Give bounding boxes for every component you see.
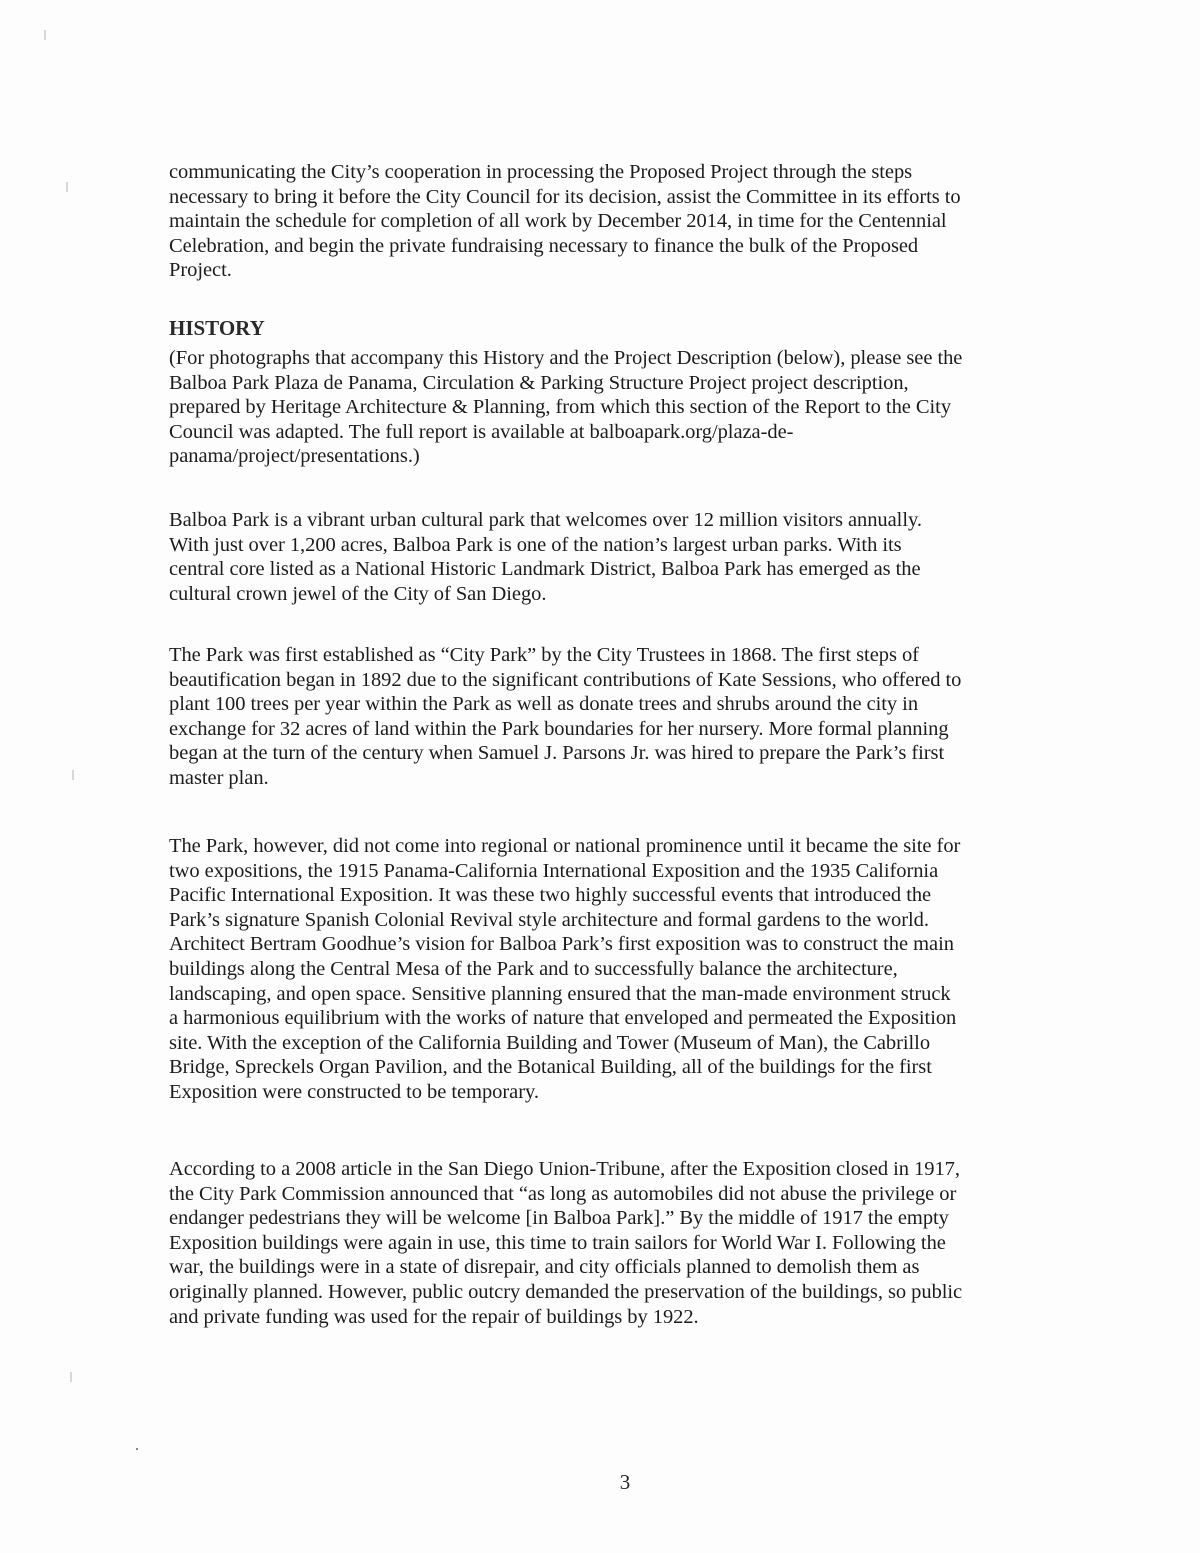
scan-artifact <box>136 1448 138 1450</box>
text-line: exchange for 32 acres of land within the… <box>169 717 1099 742</box>
text-line: two expositions, the 1915 Panama-Califor… <box>169 859 1099 884</box>
text-line: Balboa Park is a vibrant urban cultural … <box>169 508 1099 533</box>
text-line: With just over 1,200 acres, Balboa Park … <box>169 533 1099 558</box>
section-heading-history: HISTORY <box>169 316 265 340</box>
text-line: The Park, however, did not come into reg… <box>169 834 1099 859</box>
scan-artifact <box>66 182 68 192</box>
text-line: the City Park Commission announced that … <box>169 1182 1099 1207</box>
text-line: began at the turn of the century when Sa… <box>169 741 1099 766</box>
text-line: central core listed as a National Histor… <box>169 557 1099 582</box>
text-line: Project. <box>169 258 1099 283</box>
text-line: Council was adapted. The full report is … <box>169 420 1099 445</box>
scan-artifact <box>72 770 74 780</box>
text-line: Exposition were constructed to be tempor… <box>169 1080 1099 1105</box>
text-line: plant 100 trees per year within the Park… <box>169 692 1099 717</box>
text-line: cultural crown jewel of the City of San … <box>169 582 1099 607</box>
text-line: Exposition buildings were again in use, … <box>169 1231 1099 1256</box>
history-note-paragraph: (For photographs that accompany this His… <box>169 346 1099 469</box>
text-line: Pacific International Exposition. It was… <box>169 883 1099 908</box>
text-line: According to a 2008 article in the San D… <box>169 1157 1099 1182</box>
text-line: necessary to bring it before the City Co… <box>169 185 1099 210</box>
text-line: panama/project/presentations.) <box>169 444 1099 469</box>
scan-artifact <box>70 1372 72 1382</box>
text-line: beautification began in 1892 due to the … <box>169 668 1099 693</box>
text-line: and private funding was used for the rep… <box>169 1305 1099 1330</box>
text-line: a harmonious equilibrium with the works … <box>169 1006 1099 1031</box>
page-number: 3 <box>0 1470 1200 1495</box>
text-line: Architect Bertram Goodhue’s vision for B… <box>169 932 1099 957</box>
text-line: endanger pedestrians they will be welcom… <box>169 1206 1099 1231</box>
text-line: prepared by Heritage Architecture & Plan… <box>169 395 1099 420</box>
history-paragraph-establishment: The Park was first established as “City … <box>169 643 1099 791</box>
text-line: site. With the exception of the Californ… <box>169 1031 1099 1056</box>
text-line: The Park was first established as “City … <box>169 643 1099 668</box>
text-line: master plan. <box>169 766 1099 791</box>
text-line: (For photographs that accompany this His… <box>169 346 1099 371</box>
text-line: Balboa Park Plaza de Panama, Circulation… <box>169 371 1099 396</box>
text-line: landscaping, and open space. Sensitive p… <box>169 982 1099 1007</box>
history-paragraph-overview: Balboa Park is a vibrant urban cultural … <box>169 508 1099 606</box>
text-line: buildings along the Central Mesa of the … <box>169 957 1099 982</box>
document-page: communicating the City’s cooperation in … <box>0 0 1200 1553</box>
text-line: Bridge, Spreckels Organ Pavilion, and th… <box>169 1055 1099 1080</box>
intro-paragraph: communicating the City’s cooperation in … <box>169 160 1099 283</box>
text-line: Celebration, and begin the private fundr… <box>169 234 1099 259</box>
history-paragraph-expositions: The Park, however, did not come into reg… <box>169 834 1099 1105</box>
scan-artifact <box>44 30 46 40</box>
text-line: originally planned. However, public outc… <box>169 1280 1099 1305</box>
text-line: war, the buildings were in a state of di… <box>169 1255 1099 1280</box>
text-line: Park’s signature Spanish Colonial Reviva… <box>169 908 1099 933</box>
history-paragraph-post-exposition: According to a 2008 article in the San D… <box>169 1157 1099 1329</box>
text-line: communicating the City’s cooperation in … <box>169 160 1099 185</box>
text-line: maintain the schedule for completion of … <box>169 209 1099 234</box>
